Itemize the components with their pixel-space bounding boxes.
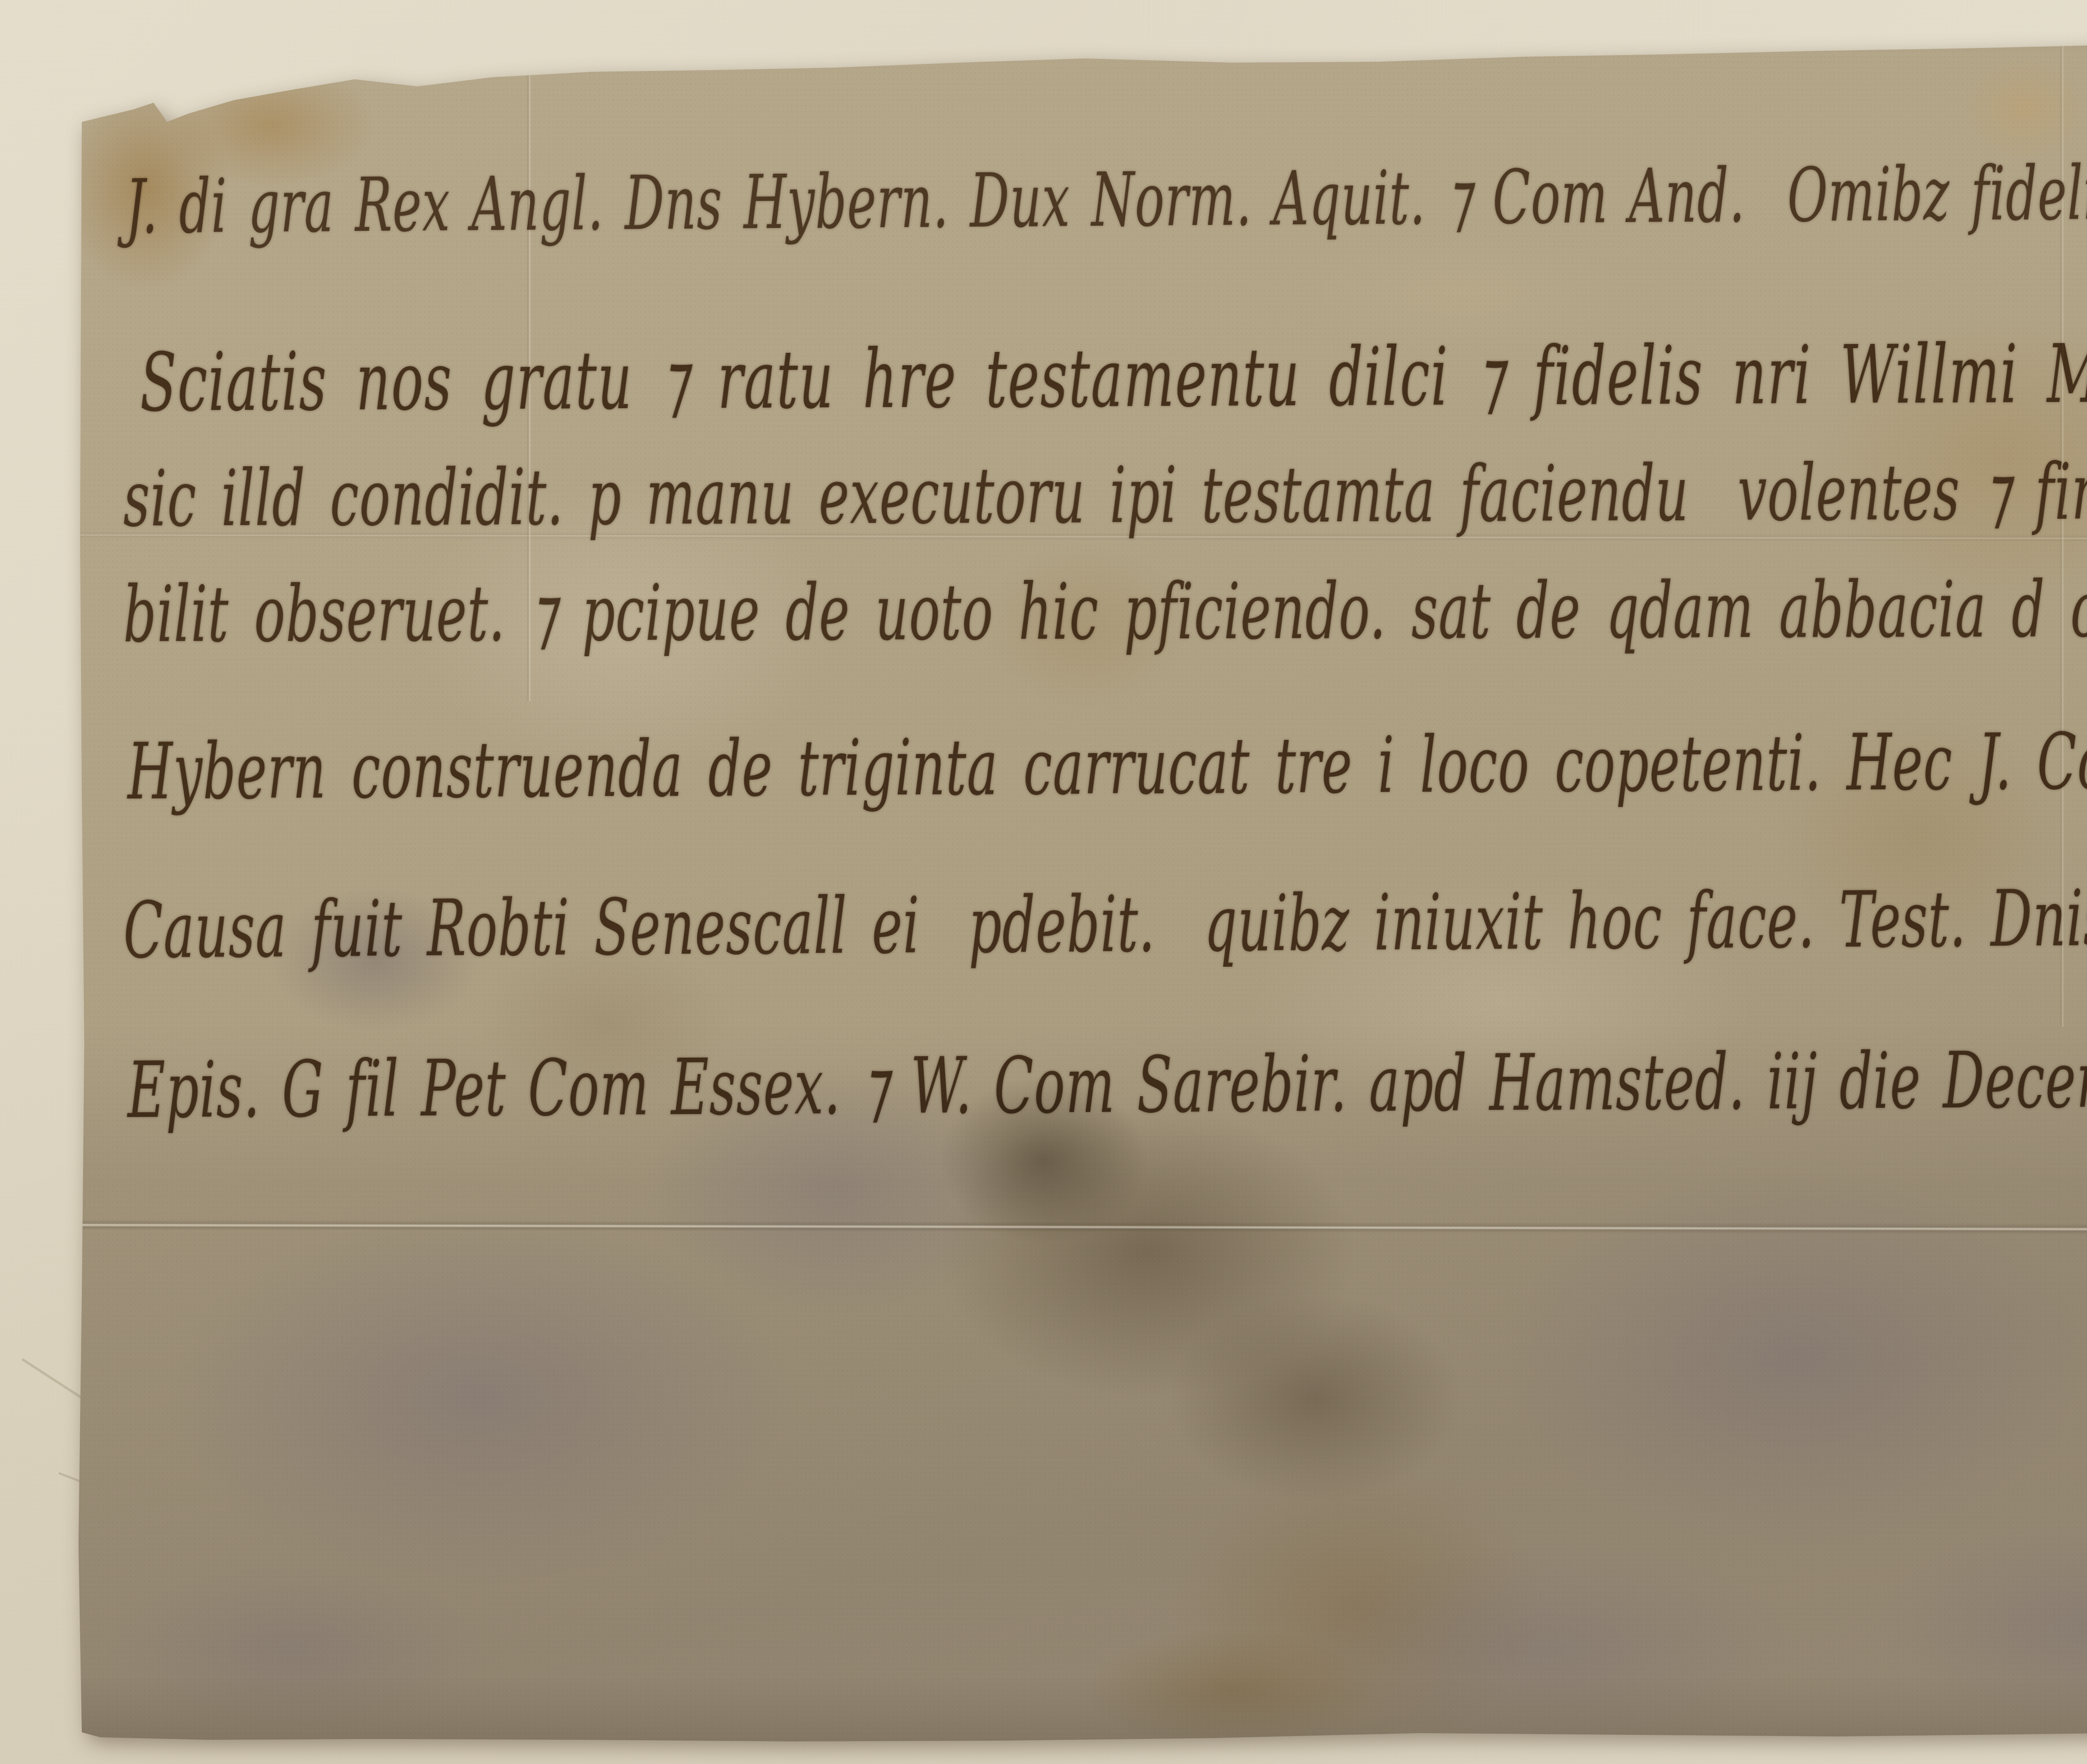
manuscript-line-5: Hybern construenda de triginta carrucat …	[127, 714, 2087, 817]
manuscript-line-7: Epis. G fil Pet Com Essex. ⁊ W. Com Sare…	[127, 1035, 2087, 1136]
manuscript-line-4: bilit obseruet. ⁊ pcipue de uoto hic pfi…	[123, 563, 2087, 660]
manuscript-line-3: sic illd condidit. p manu executoru ipi …	[123, 445, 2087, 544]
parchment-shadow-wrap: J. di gra Rex Angl. Dns Hybern. Dux Norm…	[0, 0, 2087, 1764]
manuscript-line-6: Causa fuit Robti Senescall ei pdebit. qu…	[123, 871, 2087, 976]
manuscript-scan: J. di gra Rex Angl. Dns Hybern. Dux Norm…	[0, 0, 2087, 1764]
manuscript-line-2: Sciatis nos gratu ⁊ ratu hre testamentu …	[140, 325, 2087, 430]
parchment-sheet: J. di gra Rex Angl. Dns Hybern. Dux Norm…	[0, 0, 2087, 1764]
manuscript-line-1: J. di gra Rex Angl. Dns Hybern. Dux Norm…	[125, 147, 2087, 250]
